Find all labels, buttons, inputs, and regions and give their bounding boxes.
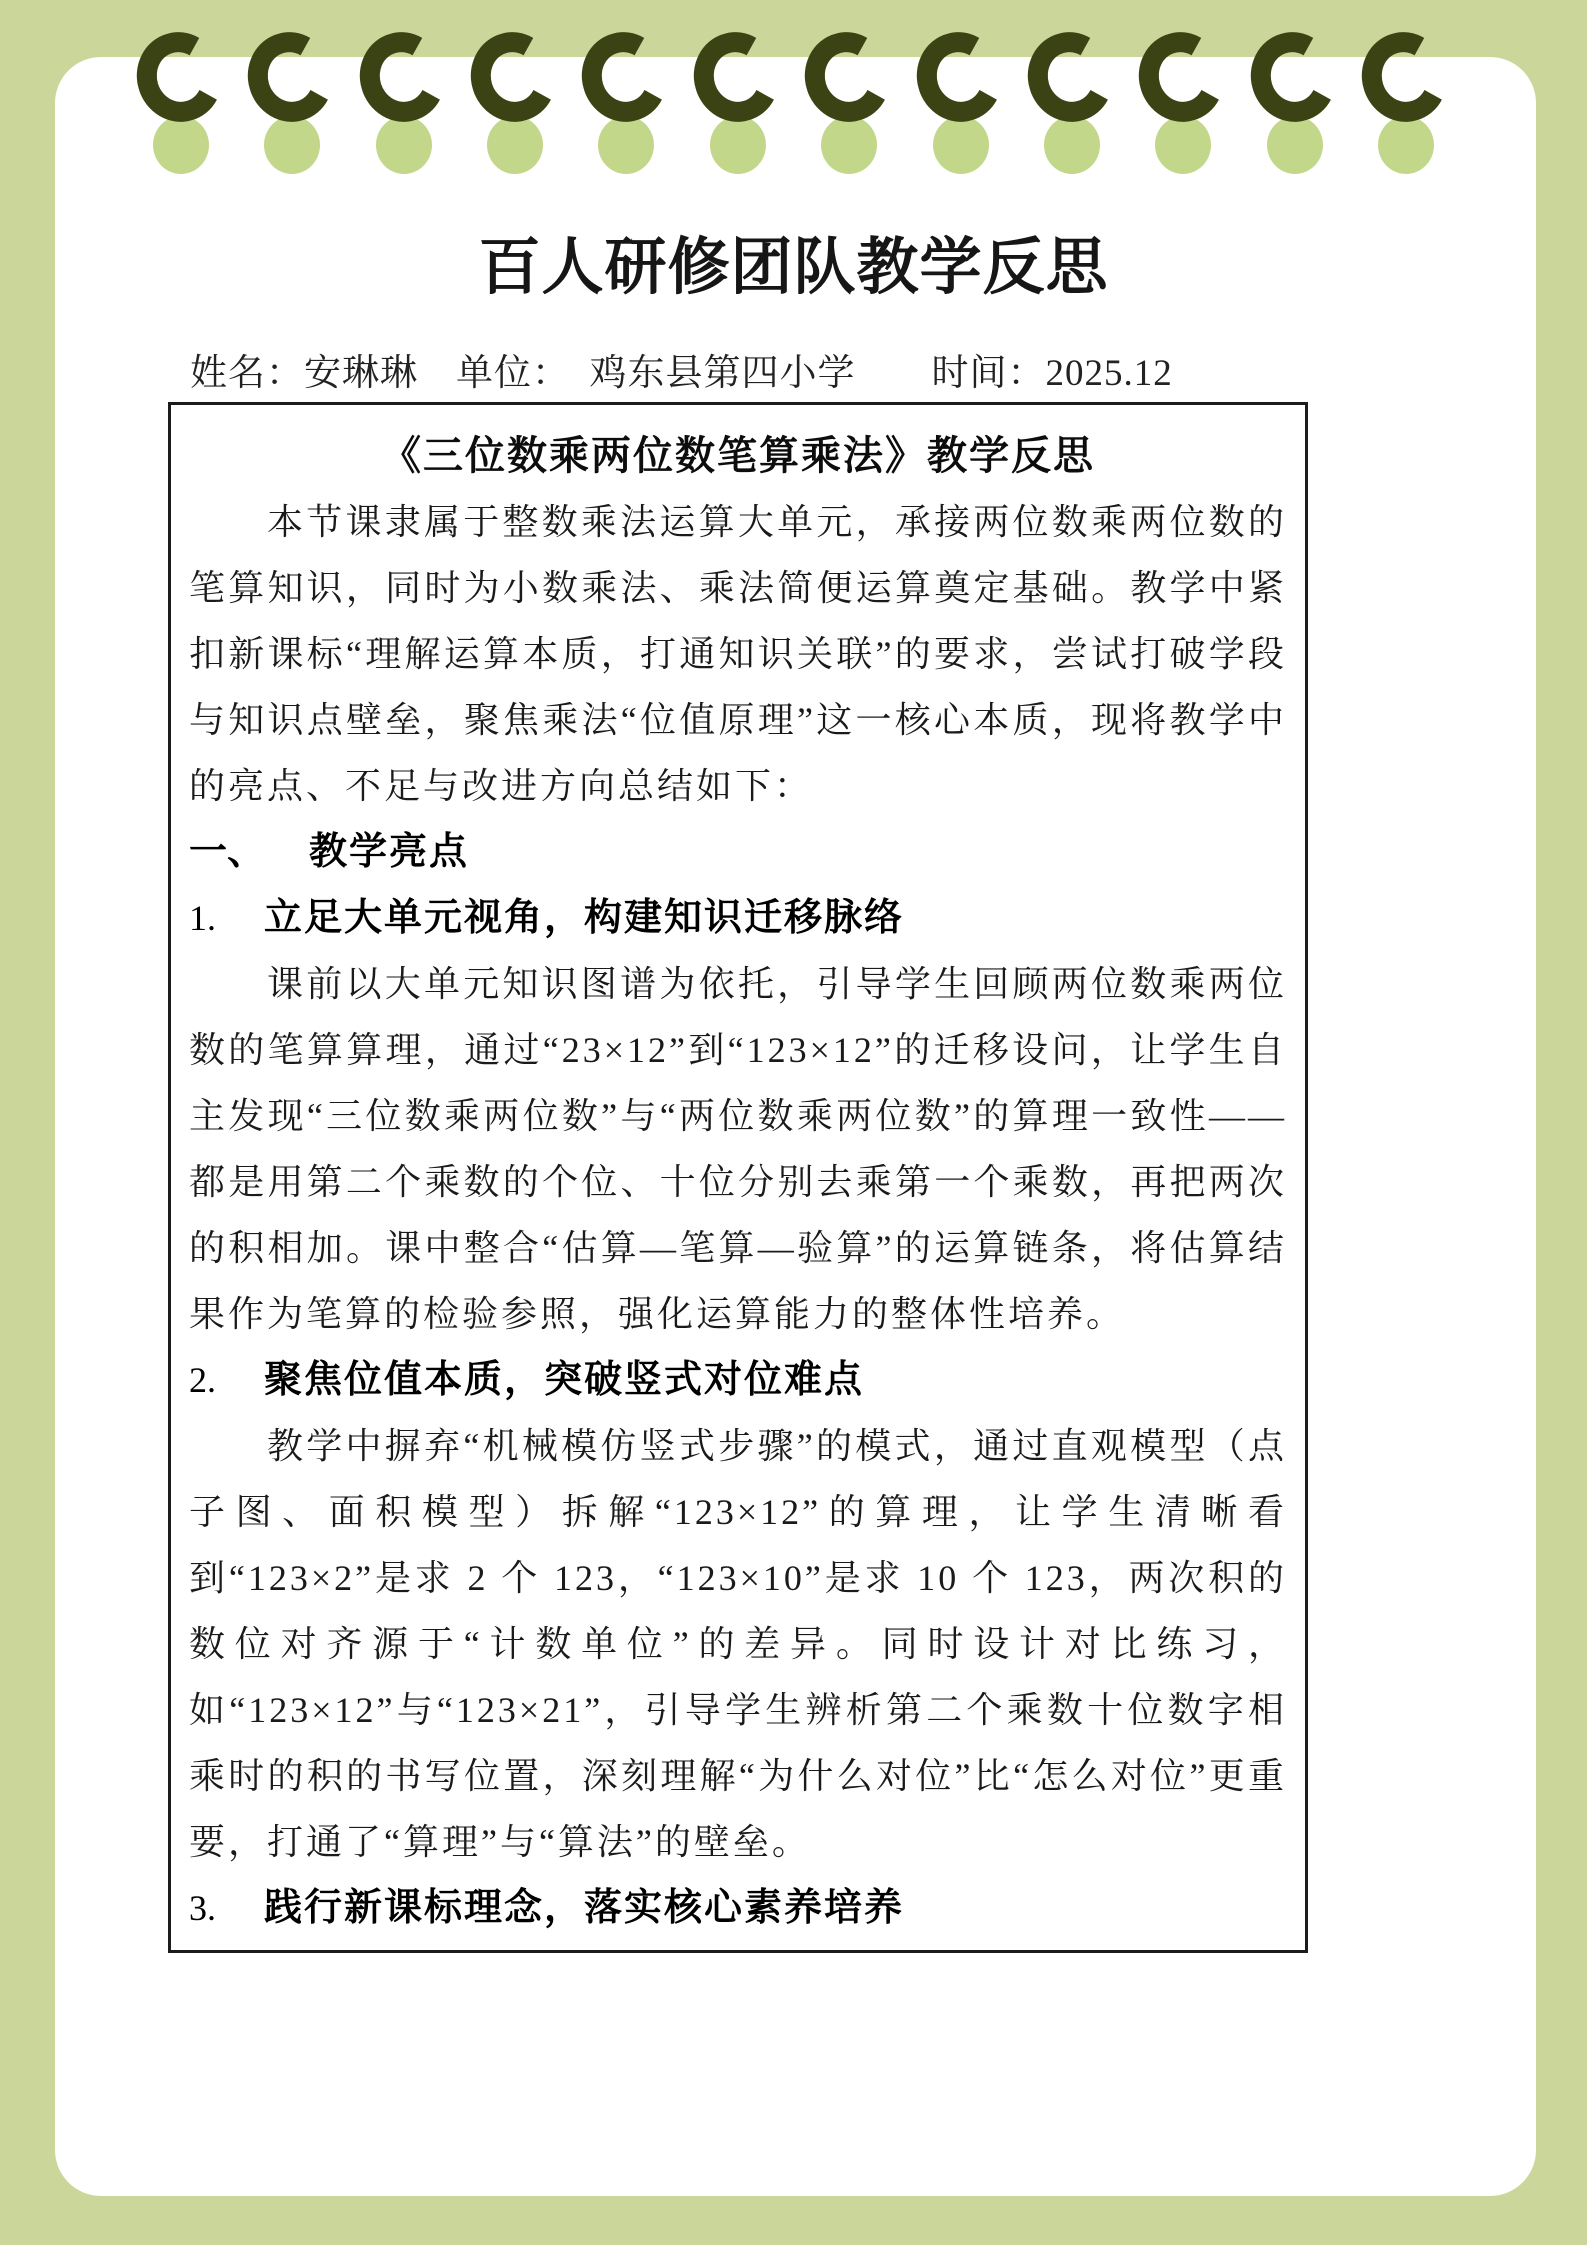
intro-paragraph: 本节课隶属于整数乘法运算大单元，承接两位数乘两位数的笔算知识，同时为小数乘法、乘… (189, 489, 1287, 819)
form-title: 《三位数乘两位数笔算乘法》教学反思 (189, 423, 1287, 489)
item-heading-1: 1.立足大单元视角，构建知识迁移脉络 (189, 885, 1287, 951)
item-title: 聚焦位值本质，突破竖式对位难点 (264, 1359, 864, 1401)
section-marker: 一、 (189, 831, 265, 873)
document-title: 百人研修团队教学反思 (0, 231, 1587, 305)
reflection-form-box: 《三位数乘两位数笔算乘法》教学反思 本节课隶属于整数乘法运算大单元，承接两位数乘… (168, 402, 1308, 1953)
item-number: 1. (189, 898, 216, 938)
item-number: 2. (189, 1360, 216, 1400)
section-heading-highlights: 一、教学亮点 (189, 819, 1287, 885)
item-heading-2: 2.聚焦位值本质，突破竖式对位难点 (189, 1347, 1287, 1413)
page-content: 百人研修团队教学反思 姓名：安琳琳 单位： 鸡东县第四小学 时间：2025.12… (0, 0, 1587, 1953)
meta-info-line: 姓名：安琳琳 单位： 鸡东县第四小学 时间：2025.12 (190, 350, 1587, 398)
section-title: 教学亮点 (309, 831, 469, 873)
item-body-1: 课前以大单元知识图谱为依托，引导学生回顾两位数乘两位数的笔算算理，通过“23×1… (189, 951, 1287, 1347)
item-number: 3. (189, 1888, 216, 1928)
item-title: 践行新课标理念，落实核心素养培养 (264, 1887, 904, 1929)
item-heading-3: 3.践行新课标理念，落实核心素养培养 (189, 1875, 1287, 1941)
item-title: 立足大单元视角，构建知识迁移脉络 (264, 897, 904, 939)
item-body-2: 教学中摒弃“机械模仿竖式步骤”的模式，通过直观模型（点子图、面积模型）拆解“12… (189, 1413, 1287, 1875)
